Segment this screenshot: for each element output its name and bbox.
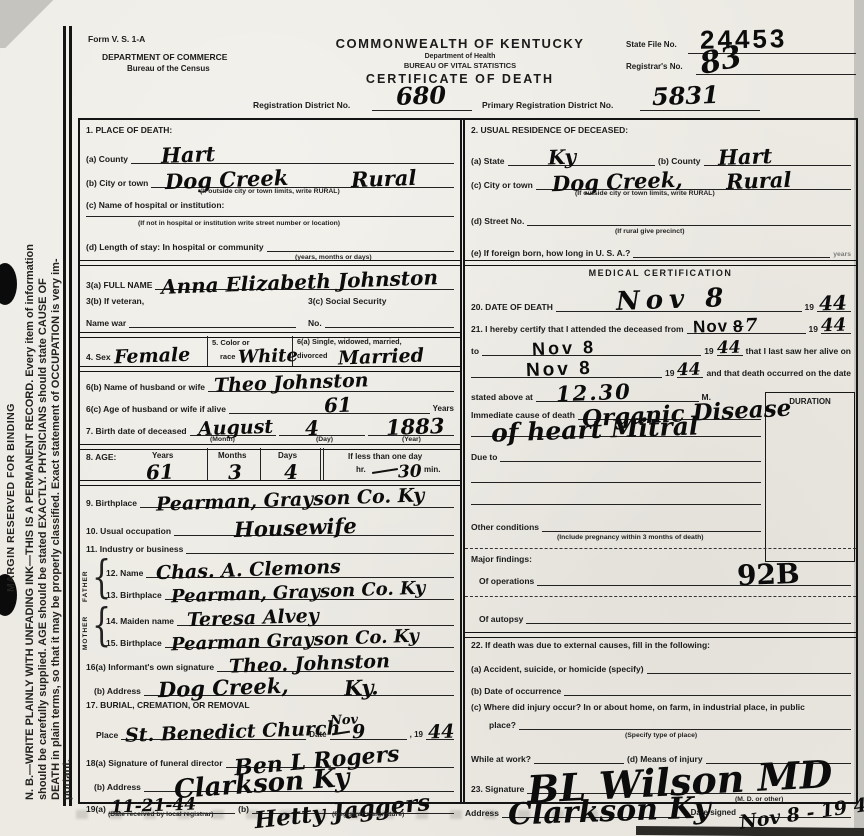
burial-year-prefix: , 19 xyxy=(410,730,423,740)
sex-race-marital-row: 4. Sex Female 5. Color or race White 6(a… xyxy=(80,336,460,366)
ssn-line xyxy=(325,323,454,328)
blank-line xyxy=(471,504,761,505)
form-number: Form V. S. 1-A xyxy=(88,34,145,44)
sec2-state-value: Ky xyxy=(547,147,576,168)
informant-address-line: Dog Creek, Ky. xyxy=(144,691,454,696)
spouse-name-label: 6(b) Name of husband or wife xyxy=(86,382,205,392)
cell-divider xyxy=(207,448,208,480)
bureau-census: Bureau of the Census xyxy=(127,64,210,74)
margin-nb-line2: should be carefully supplied. AGE should… xyxy=(37,278,49,800)
marital-label-2: divorced xyxy=(297,352,327,361)
occupation-line: Housewife xyxy=(174,531,454,536)
sec2-county-line: Hart xyxy=(704,161,851,166)
from-year-value: 44 xyxy=(821,317,847,336)
date-of-death-value: Nov 8 xyxy=(615,285,729,315)
injury-where-label-1: (c) Where did injury occur? In or about … xyxy=(471,702,805,712)
last-saw-label: that I last saw her alive on xyxy=(746,346,851,356)
birthplace-value: Pearman, Grayson Co. Ky xyxy=(156,486,425,514)
sec2-county-value: Hart xyxy=(717,145,772,168)
reg-district-value: 680 xyxy=(396,83,447,109)
to-year-line: 44 xyxy=(717,351,743,356)
date-of-death-label: 20. DATE OF DEATH xyxy=(471,302,553,312)
autopsy-line xyxy=(526,619,851,624)
ssn-no-label: No. xyxy=(308,318,322,328)
section-separator xyxy=(80,260,460,266)
alive-line: Nov 8 xyxy=(471,373,662,378)
physician-address-label: Address xyxy=(465,808,499,818)
sec1-stay-label: (d) Length of stay: In hospital or commu… xyxy=(86,242,264,252)
blank-line xyxy=(471,482,761,483)
dod-year-value: 44 xyxy=(819,293,848,314)
sec2-street-note: (If rural give precinct) xyxy=(615,228,685,235)
medical-certification-title: MEDICAL CERTIFICATION xyxy=(465,268,856,278)
sec1-hospital-label: (c) Name of hospital or institution: xyxy=(86,200,224,210)
external-causes-title: 22. If death was due to external causes,… xyxy=(471,640,710,650)
occupation-label: 10. Usual occupation xyxy=(86,526,171,536)
injury-where-label-2: place? xyxy=(489,720,516,730)
spouse-age-line: 61 xyxy=(229,409,430,414)
alive-year-value: 44 xyxy=(677,362,701,380)
md-or-other-note: (M. D. or other) xyxy=(735,796,783,803)
from-year-prefix: 19 xyxy=(809,324,818,334)
occupation-value: Housewife xyxy=(234,515,357,540)
dashed-separator xyxy=(465,596,856,597)
mother-birthplace-line: Pearman Grayson Co. Ky xyxy=(165,643,454,648)
burial-date-line: Nov 9 xyxy=(330,735,407,740)
name-war-line xyxy=(129,323,296,328)
father-birthplace-label: 13. Birthplace xyxy=(106,590,162,600)
cause-line-2: of heart Mitral xyxy=(471,436,761,437)
age-less-min-label: min. xyxy=(424,465,440,475)
attended-from-label: 21. I hereby certify that I attended the… xyxy=(471,324,684,334)
year-note: (Year) xyxy=(402,436,421,443)
sec1-rural-value: Rural xyxy=(351,167,417,190)
attended-from-month: Nov xyxy=(692,317,728,335)
funeral-address-label: (b) Address xyxy=(94,782,141,792)
spouse-age-value: 61 xyxy=(324,395,353,416)
stated-time-value: 12.30 xyxy=(556,381,632,405)
age-less-hr-label: hr. xyxy=(356,465,366,475)
to-value: Nov 8 xyxy=(532,338,597,358)
section-separator xyxy=(465,260,856,266)
age-less-min-value: 30 xyxy=(398,464,422,482)
margin-nb-line1: N. B.—WRITE PLAINLY WITH UNFADING INK—TH… xyxy=(24,244,36,800)
occurrence-date-line xyxy=(564,691,851,696)
birthplace-line: Pearman, Grayson Co. Ky xyxy=(140,503,454,508)
sex-label: 4. Sex xyxy=(86,352,111,362)
accident-label: (a) Accident, suicide, or homicide (spec… xyxy=(471,664,644,674)
month-note: (Month) xyxy=(210,436,235,443)
race-label-2: race xyxy=(220,352,235,361)
state-file-label: State File No. xyxy=(626,40,677,50)
sec1-city-note: (If outside city or town limits, write R… xyxy=(200,188,340,195)
to-year-value: 44 xyxy=(716,340,740,358)
sec1-title: 1. PLACE OF DEATH: xyxy=(86,125,172,135)
from-year-line: 44 xyxy=(821,329,851,334)
cell-divider xyxy=(320,448,324,480)
physician-signature-label: 23. Signature xyxy=(471,784,524,794)
father-birthplace-line: Pearman, Grayson Co. Ky xyxy=(165,595,454,600)
physician-address-value: Clarkson Ky xyxy=(508,793,712,830)
sec2-county-label: (b) County xyxy=(658,156,701,166)
scan-corner-shadow xyxy=(0,0,72,48)
strike-mark xyxy=(372,468,398,474)
sec1-county-label: (a) County xyxy=(86,154,128,164)
margin-binding-note: MARGIN RESERVED FOR BINDING xyxy=(5,403,17,592)
informant-address-state: Ky. xyxy=(344,676,379,698)
alive-year-prefix: 19 xyxy=(665,368,674,378)
sec1-county-value: Hart xyxy=(161,143,216,166)
dod-year-prefix: 19 xyxy=(805,302,814,312)
sec2-rural-value: Rural xyxy=(726,169,792,192)
date-signed-line: Nov 8 - 19 44 xyxy=(739,813,851,818)
section-separator xyxy=(465,632,856,638)
burial-date-day: 9 xyxy=(351,723,365,742)
autopsy-label: Of autopsy xyxy=(479,614,523,624)
sec2-state-line: Ky xyxy=(508,161,655,166)
sec2-street-line xyxy=(527,221,851,226)
to-line: Nov 8 xyxy=(482,351,701,356)
sex-value: Female xyxy=(114,346,191,368)
operations-value: 92B xyxy=(737,560,801,590)
birthplace-label: 9. Birthplace xyxy=(86,498,137,508)
physician-address-line: Clarkson Ky xyxy=(502,813,688,818)
age-less-label-1: If less than one day xyxy=(348,452,422,462)
binding-rule-line xyxy=(63,26,72,806)
sec2-foreign-line xyxy=(633,253,830,258)
primary-district-value: 5831 xyxy=(652,83,720,109)
certificate-form: 1. PLACE OF DEATH: (a) County Hart (b) C… xyxy=(78,118,858,804)
race-label-1: 5. Color or xyxy=(212,338,250,347)
registrar-sig-b-label: (b) xyxy=(238,804,249,814)
informant-address-value: Dog Creek, xyxy=(158,675,289,701)
sec1-city-label: (b) City or town xyxy=(86,178,148,188)
fullname-value: Anna Elizabeth Johnston xyxy=(161,267,439,297)
ssn-label: 3(c) Social Security xyxy=(308,296,386,306)
father-name-label: 12. Name xyxy=(106,568,143,578)
name-war-label: Name war xyxy=(86,318,126,328)
sec2-foreign-suffix: years xyxy=(833,251,851,258)
burial-year-value: 44 xyxy=(428,723,455,743)
fullname-label: 3(a) FULL NAME xyxy=(86,280,152,290)
informant-label: 16(a) Informant's own signature xyxy=(86,662,214,672)
registrar-date-label: 19(a) xyxy=(86,804,106,814)
sec1-county-line: Hart xyxy=(131,159,454,164)
commonwealth-title: COMMONWEALTH OF KENTUCKY xyxy=(300,36,620,51)
to-label: to xyxy=(471,346,479,356)
injury-place-line xyxy=(519,725,851,730)
accident-line xyxy=(647,669,851,674)
death-occurred-label: and that death occurred on the date xyxy=(706,368,851,378)
mother-name-value: Teresa Alvey xyxy=(187,607,319,631)
burial-year-line: 44 xyxy=(426,735,454,740)
pregnancy-note: (Include pregnancy within 3 months of de… xyxy=(557,534,704,541)
father-birthplace-value: Pearman, Grayson Co. Ky xyxy=(171,580,426,607)
sec2-street-label: (d) Street No. xyxy=(471,216,524,226)
burial-title: 17. BURIAL, CREMATION, OR REMOVAL xyxy=(86,700,250,710)
dept-commerce: DEPARTMENT OF COMMERCE xyxy=(102,52,227,62)
veteran-label: 3(b) If veteran, xyxy=(86,296,144,306)
attended-from-day: 7 xyxy=(744,317,757,335)
mother-side-label: MOTHER xyxy=(82,606,89,650)
registrar-sig-note: (Registrar's signature) xyxy=(332,811,404,818)
funeral-director-label: 18(a) Signature of funeral director xyxy=(86,758,223,768)
father-side-label: FATHER xyxy=(82,558,89,602)
dashed-separator xyxy=(465,548,856,549)
sec2-city-note: (If outside city or town limits, write R… xyxy=(575,190,715,197)
registrar-no-label: Registrar's No. xyxy=(626,62,683,72)
age-label: 8. AGE: xyxy=(86,452,116,462)
cell-divider xyxy=(207,336,208,366)
mother-name-label: 14. Maiden name xyxy=(106,616,174,626)
spouse-name-line: Theo Johnston xyxy=(208,387,454,392)
margin-nb-line3: DEATH in plain terms, so that it may be … xyxy=(50,258,62,800)
major-findings-label: Major findings: xyxy=(471,554,532,564)
specify-place-note: (Specify type of place) xyxy=(625,732,697,739)
sec1-stay-line xyxy=(267,247,454,252)
sec1-hospital-note: (If not in hospital or institution write… xyxy=(138,220,340,227)
other-conditions-label: Other conditions xyxy=(471,522,539,532)
operations-label: Of operations xyxy=(479,576,534,586)
death-certificate-scan: MARGIN RESERVED FOR BINDING N. B.—WRITE … xyxy=(0,0,864,836)
primary-district-label: Primary Registration District No. xyxy=(482,100,613,110)
cell-divider xyxy=(260,448,261,480)
occurrence-date-label: (b) Date of occurrence xyxy=(471,686,561,696)
date-of-death-line: Nov 8 xyxy=(556,307,802,312)
spouse-age-label: 6(c) Age of husband or wife if alive xyxy=(86,404,226,414)
margin-nb-line4: portant. xyxy=(61,759,73,800)
mother-birthplace-label: 15. Birthplace xyxy=(106,638,162,648)
sec2-city-label: (c) City or town xyxy=(471,180,533,190)
day-note: (Day) xyxy=(316,436,333,443)
informant-address-label: (b) Address xyxy=(94,686,141,696)
stated-above-label: stated above at xyxy=(471,392,533,402)
dept-health: Department of Health xyxy=(300,53,620,60)
left-column: 1. PLACE OF DEATH: (a) County Hart (b) C… xyxy=(80,120,460,802)
birthdate-year: 1883 xyxy=(386,415,445,438)
sec1-hospital-line xyxy=(86,216,454,217)
sec2-state-label: (a) State xyxy=(471,156,505,166)
burial-place-label: Place xyxy=(96,730,118,740)
age-row: 8. AGE: Years 61 Months 3 Days 4 If less… xyxy=(80,448,460,480)
reg-district-label: Registration District No. xyxy=(253,100,350,110)
other-conditions-line xyxy=(542,527,761,532)
due-to-line xyxy=(500,457,761,462)
to-year-prefix: 19 xyxy=(704,346,713,356)
operations-line: 92B xyxy=(537,581,851,586)
sec2-foreign-label: (e) If foreign born, how long in U. S. A… xyxy=(471,248,630,258)
right-column: 2. USUAL RESIDENCE OF DECEASED: (a) Stat… xyxy=(460,120,856,802)
due-to-label: Due to xyxy=(471,452,497,462)
certificate-title: CERTIFICATE OF DEATH xyxy=(300,72,620,86)
burial-place-value: St. Benedict Church xyxy=(125,719,341,746)
punch-hole-icon xyxy=(0,263,17,305)
burial-place-line: St. Benedict Church xyxy=(121,735,306,740)
dod-year-line: 44 xyxy=(817,307,851,312)
while-at-work-label: While at work? xyxy=(471,754,531,764)
cause-value-2: of heart Mitral xyxy=(491,413,699,445)
alive-value: Nov 8 xyxy=(526,359,593,380)
birthdate-month: August xyxy=(197,418,273,440)
industry-line xyxy=(186,549,454,554)
registrar-date-note: (Date received by local registrar) xyxy=(108,811,213,818)
birthdate-label: 7. Birth date of deceased xyxy=(86,426,187,436)
race-value: White xyxy=(238,347,298,367)
fullname-line: Anna Elizabeth Johnston xyxy=(155,285,454,290)
alive-year-line: 44 xyxy=(677,373,703,378)
reg-district-line xyxy=(372,110,472,111)
bureau-vital: BUREAU OF VITAL STATISTICS xyxy=(300,61,620,70)
sec2-title: 2. USUAL RESIDENCE OF DECEASED: xyxy=(471,125,628,135)
attended-from-line: Nov 8 7 xyxy=(687,329,806,334)
registrar-no-value: 83 xyxy=(697,42,744,80)
informant-line: Theo. Johnston xyxy=(217,667,454,672)
attended-from-struck: 8 xyxy=(732,318,743,335)
